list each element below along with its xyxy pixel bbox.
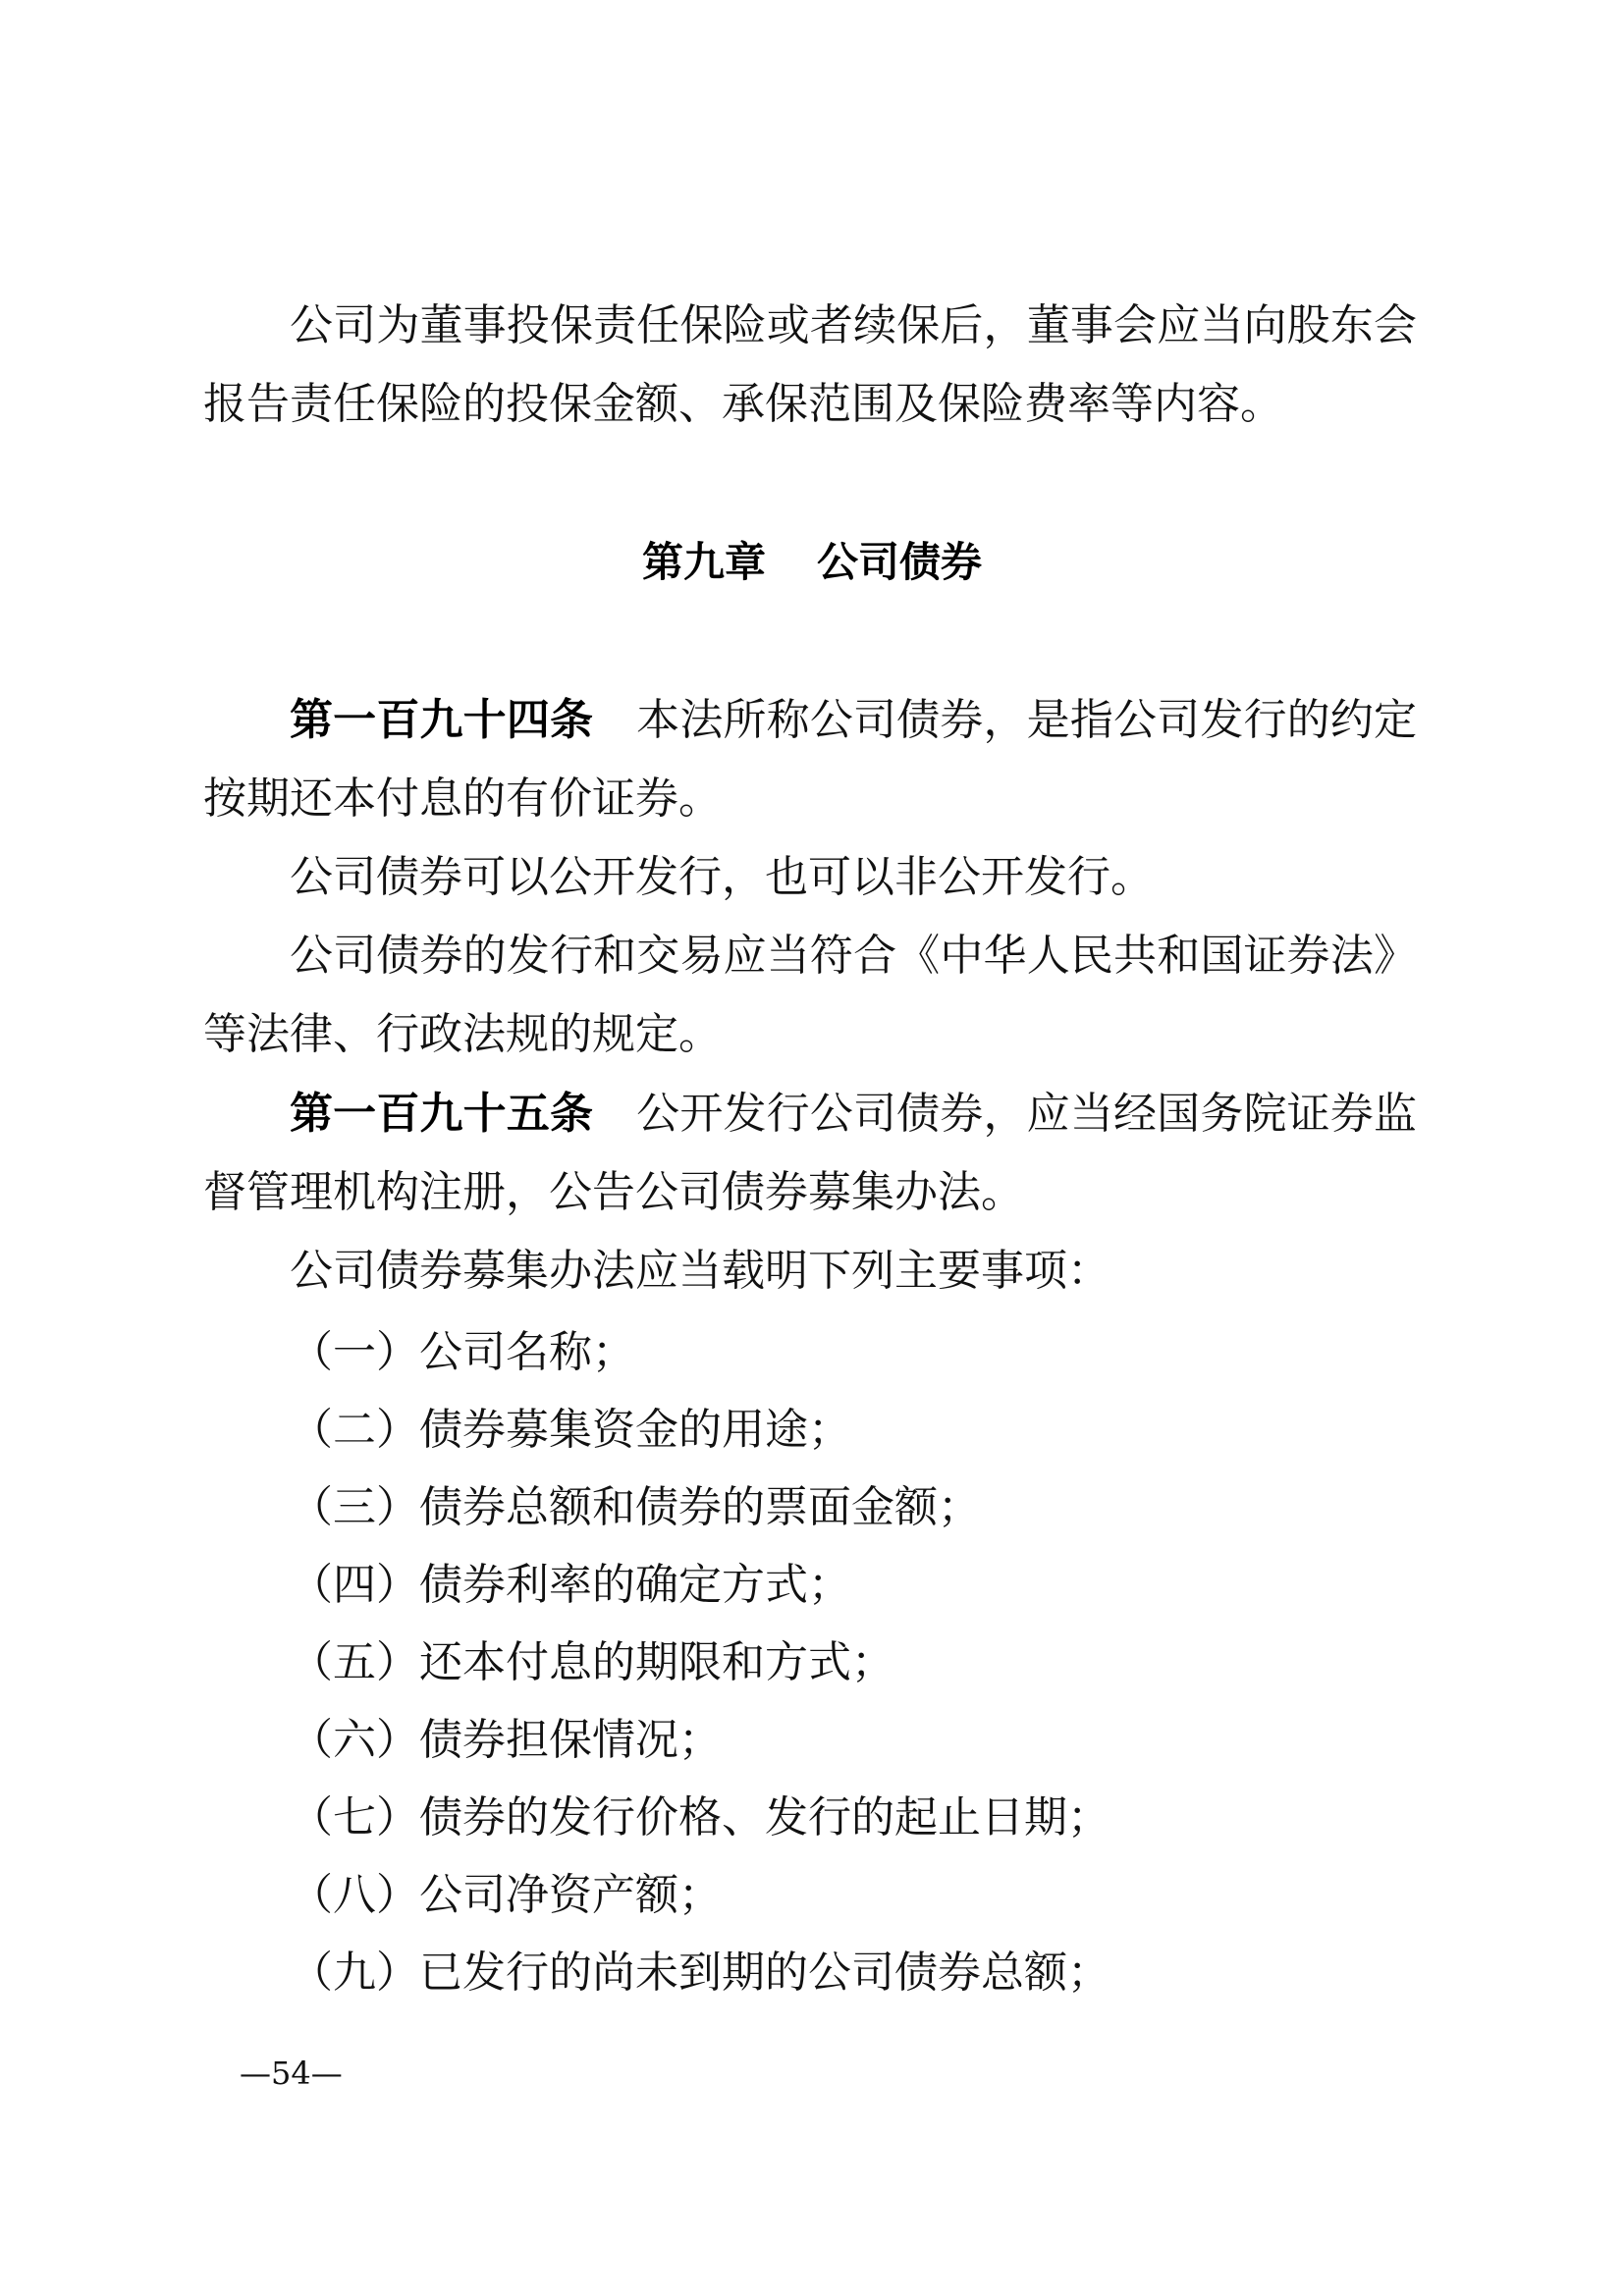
article-194-paragraph-3-line-1: 公司债券的发行和交易应当符合《中华人民共和国证券法》 xyxy=(203,917,1417,995)
chapter-number: 第九章 xyxy=(642,538,766,586)
article-194-line-1: 第一百九十四条本法所称公司债券，是指公司发行的约定 xyxy=(203,681,1417,760)
list-item-4: （四）债券利率的确定方式； xyxy=(203,1546,1417,1625)
article-195-intro: 公司债券募集办法应当载明下列主要事项： xyxy=(203,1232,1417,1310)
article-195-label: 第一百九十五条 xyxy=(290,1089,593,1139)
list-item-5: （五）还本付息的期限和方式； xyxy=(203,1624,1417,1702)
article-194-label: 第一百九十四条 xyxy=(290,695,593,745)
article-195-line-2: 督管理机构注册，公告公司债券募集办法。 xyxy=(203,1153,1417,1232)
article-195-text-1: 公开发行公司债券，应当经国务院证券监 xyxy=(636,1089,1417,1139)
list-item-1: （一）公司名称； xyxy=(203,1313,1417,1392)
chapter-heading: 第九章公司债券 xyxy=(0,523,1624,602)
paragraph-insurance-line-2: 报告责任保险的投保金额、承保范围及保险费率等内容。 xyxy=(203,365,1417,444)
chapter-title: 公司债券 xyxy=(817,538,982,586)
list-item-9: （九）已发行的尚未到期的公司债券总额； xyxy=(203,1934,1417,2012)
article-194-line-2: 按期还本付息的有价证券。 xyxy=(203,760,1417,838)
article-195-line-1: 第一百九十五条公开发行公司债券，应当经国务院证券监 xyxy=(203,1075,1417,1153)
list-item-7: （七）债券的发行价格、发行的起止日期； xyxy=(203,1779,1417,1857)
list-item-2: （二）债券募集资金的用途； xyxy=(203,1391,1417,1469)
list-item-6: （六）债券担保情况； xyxy=(203,1701,1417,1780)
article-194-text-1: 本法所称公司债券，是指公司发行的约定 xyxy=(636,695,1417,745)
page-number: —54— xyxy=(240,2052,343,2095)
article-194-paragraph-2: 公司债券可以公开发行，也可以非公开发行。 xyxy=(203,838,1417,917)
list-item-3: （三）债券总额和债券的票面金额； xyxy=(203,1468,1417,1547)
paragraph-insurance-line-1: 公司为董事投保责任保险或者续保后，董事会应当向股东会 xyxy=(203,287,1417,365)
list-item-8: （八）公司净资产额； xyxy=(203,1856,1417,1935)
article-194-paragraph-3-line-2: 等法律、行政法规的规定。 xyxy=(203,995,1417,1074)
document-page: 公司为董事投保责任保险或者续保后，董事会应当向股东会 报告责任保险的投保金额、承… xyxy=(0,0,1624,2296)
